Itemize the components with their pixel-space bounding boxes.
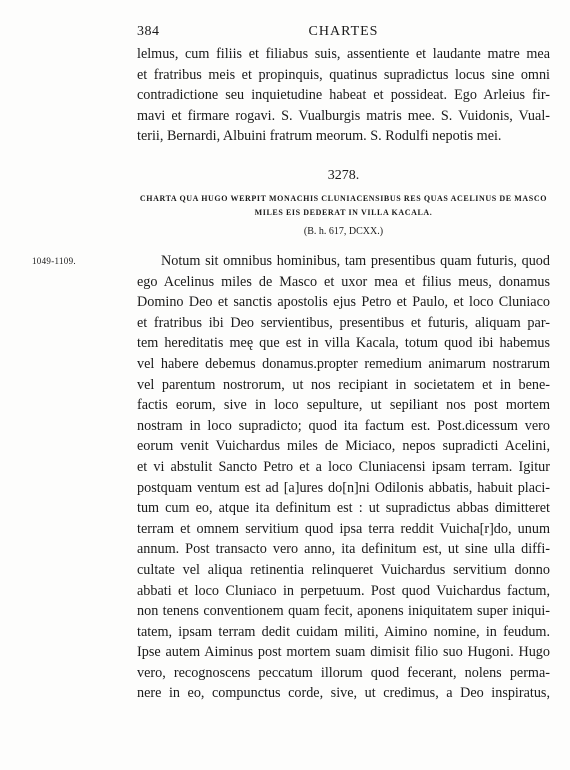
text-line: cultate vel aliqua retinentia relinquere… (137, 560, 550, 581)
text-line: ego Acelinus miles de Masco et uxor mea … (137, 272, 550, 293)
text-line: mavi et firmare rogavi. S. Vualburgis ma… (137, 106, 550, 127)
text-line: vel parentum nostrorum, ut nos recipiant… (137, 375, 550, 396)
text-line: annum. Post transacto vero anno, ita def… (137, 539, 550, 560)
document-page: 384 CHARTES lelmus, cum filiis et filiab… (0, 0, 570, 770)
charter-text: Notum sit omnibus hominibus, tam present… (137, 251, 550, 704)
text-line: postquam ventum est ad [a]ures do[n]ni O… (137, 478, 550, 499)
previous-charter-text: lelmus, cum filiis et filiabus suis, ass… (137, 44, 550, 147)
margin-date: 1049-1109. (32, 256, 76, 266)
text-line: Domino Deo et sanctis apostolis ejus Pet… (137, 292, 550, 313)
charter-source: (B. h. 617, DCXX.) (137, 226, 550, 237)
text-line: abbati et loco Cluniaco in perpetuum. Po… (137, 581, 550, 602)
text-line: et vi abstulit Sancto Petro et a loco Cl… (137, 457, 550, 478)
text-line: et fratribus ibi Deo servientibus, prese… (137, 313, 550, 334)
text-line: vel habere debemus donamus.propter remed… (137, 354, 550, 375)
text-line: lelmus, cum filiis et filiabus suis, ass… (137, 44, 550, 65)
text-line: nostram in loco supradicto; quod ita fac… (137, 416, 550, 437)
running-title: CHARTES (137, 24, 550, 40)
charter-number: 3278. (137, 168, 550, 184)
text-line: tatem, ipsam terram dedit cuidam militi,… (137, 622, 550, 643)
text-line: Ipse autem Aiminus post mortem suam dimi… (137, 642, 550, 663)
charter-heading: CHARTA QUA HUGO WERPIT MONACHIS CLUNIACE… (137, 192, 550, 220)
text-line: tum cum eo, atque ita definitum est : ut… (137, 498, 550, 519)
text-line: non tenens conventionem quam fecit, apon… (137, 601, 550, 622)
text-line: et fratribus meis et propinquis, quatinu… (137, 65, 550, 86)
running-head: 384 CHARTES (137, 24, 550, 44)
text-line: eorum venit Vuichardus miles de Miciaco,… (137, 436, 550, 457)
text-line: Notum sit omnibus hominibus, tam present… (137, 251, 550, 272)
text-line: terii, Bernardi, Albuini fratrum meorum.… (137, 126, 550, 147)
text-line: tem hereditatis meę que est in villa Kac… (137, 333, 550, 354)
text-line: vero, recognoscens peccatum illorum quod… (137, 663, 550, 684)
text-line: terram et omnem servitium quod ipsa terr… (137, 519, 550, 540)
text-line: contradictione seu inquietudine habeat e… (137, 85, 550, 106)
heading-line: MILES EIS DEDERAT IN VILLA KACALA. (137, 206, 550, 220)
text-line: nere in eo, compunctus corde, sive, ut c… (137, 683, 550, 704)
text-line: factis eorum, sive in loco sepulture, ut… (137, 395, 550, 416)
heading-line: CHARTA QUA HUGO WERPIT MONACHIS CLUNIACE… (137, 192, 550, 206)
